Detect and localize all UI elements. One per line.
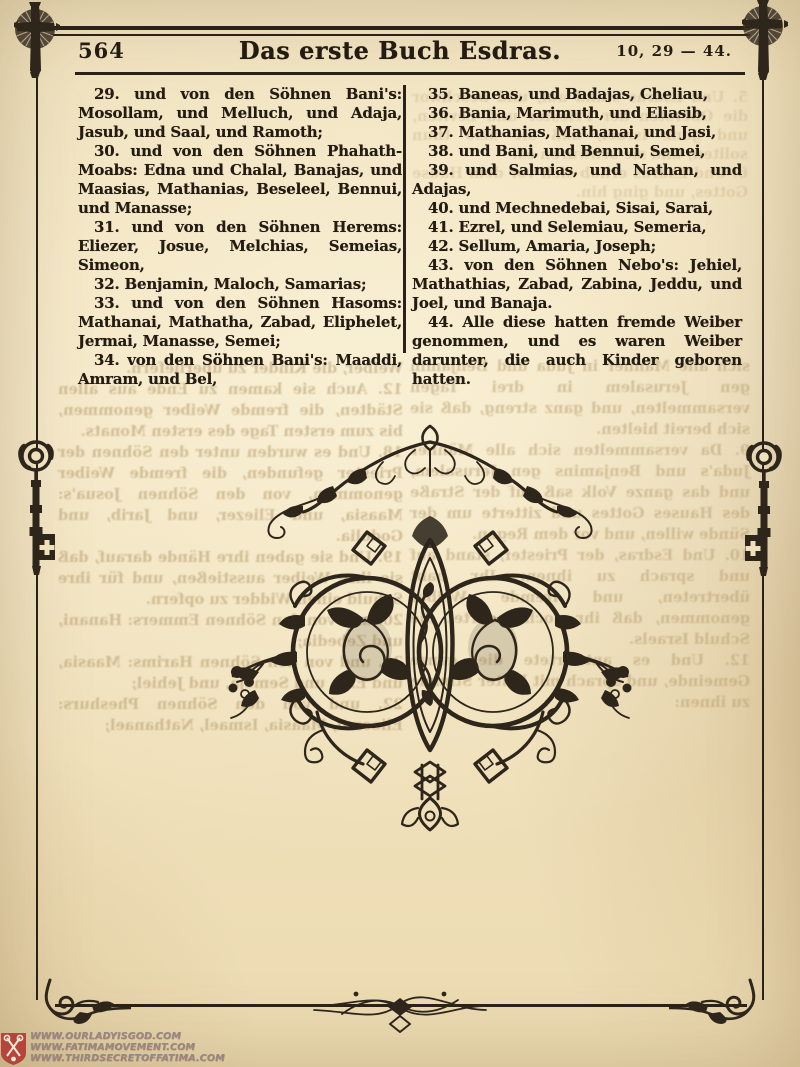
watermark-urls: WWW.OURLADYISGOD.COM WWW.FATIMAMOVEMENT.… [30,1032,225,1064]
verse-text: Baneas, und Badajas, Cheliau, [459,85,708,103]
verse-36: 36. Bania, Marimuth, und Eliasib, [412,104,742,123]
ornate-key-icon [13,430,61,588]
verse-number: 29. [94,85,120,103]
verse-text: Alle diese hatten fremde Weiber genommen… [412,313,742,388]
verse-text: Benjamin, Maloch, Samarias; [125,275,367,293]
corner-scrollwork [36,978,131,1026]
verse-37: 37. Mathanias, Mathanai, und Jasi, [412,123,742,142]
verse-number: 34. [94,351,120,369]
verse-number: 39. [428,161,454,179]
verse-33: 33. und von den Söhnen Hasoms: Mathanai,… [78,294,402,351]
verse-text: und Bani, und Bennui, Semei, [459,142,706,160]
verse-number: 41. [428,218,454,236]
verse-31: 31. und von den Söhnen Herems: Eliezer, … [78,218,402,275]
verse-32: 32. Benjamin, Maloch, Samarias; [78,275,402,294]
verse-text: Mathanias, Mathanai, und Jasi, [459,123,716,141]
crossed-keys-shield-icon [0,1032,27,1066]
ornate-key-icon [739,430,787,590]
column-divider-line [403,85,406,353]
watermark-url-2: WWW.FATIMAMOVEMENT.COM [30,1043,225,1054]
verse-text: Sellum, Amaria, Joseph; [459,237,656,255]
verse-number: 30. [94,142,120,160]
verse-43: 43. von den Söhnen Nebo's: Jehiel, Matha… [412,256,742,313]
verse-42: 42. Sellum, Amaria, Joseph; [412,237,742,256]
verse-35: 35. Baneas, und Badajas, Cheliau, [412,85,742,104]
verse-text: von den Söhnen Nebo's: Jehiel, Mathathia… [412,256,742,312]
cross-sunburst-icon [732,0,794,86]
calligraphic-flourish [312,982,488,1034]
verse-30: 30. und von den Söhnen Phahath-Moabs: Ed… [78,142,402,218]
header-underline [75,72,745,75]
verse-39: 39. und Salmias, und Nathan, und Adajas, [412,161,742,199]
verse-text: und von den Söhnen Hasoms: Mathanai, Mat… [78,294,402,350]
verse-38: 38. und Bani, und Bennui, Semei, [412,142,742,161]
top-rule-thick [50,26,750,30]
verse-number: 37. [428,123,454,141]
verse-text: Bania, Marimuth, und Eliasib, [459,104,707,122]
verse-number: 38. [428,142,454,160]
verse-40: 40. und Mechnedebai, Sisai, Sarai, [412,199,742,218]
verse-text: Ezrel, und Selemiau, Semeria, [459,218,707,236]
verse-text: und Mechnedebai, Sisai, Sarai, [459,199,713,217]
cross-sunburst-icon [6,2,68,88]
right-text-column: 35. Baneas, und Badajas, Cheliau, 36. Ba… [412,85,742,389]
left-text-column: 29. und von den Söhnen Bani's: Mosollam,… [78,85,402,389]
verse-number: 32. [94,275,120,293]
verse-number: 43. [428,256,454,274]
verse-number: 44. [428,313,454,331]
verse-number: 40. [428,199,454,217]
verse-text: und von den Söhnen Bani's: Mosollam, und… [78,85,402,141]
verse-text: und von den Söhnen Herems: Eliezer, Josu… [78,218,402,274]
verse-44: 44. Alle diese hatten fremde Weiber geno… [412,313,742,389]
watermark-url-3: WWW.THIRDSECRETOFFATIMA.COM [30,1054,225,1065]
verse-number: 33. [94,294,120,312]
verse-text: und Salmias, und Nathan, und Adajas, [412,161,742,198]
verse-41: 41. Ezrel, und Selemiau, Semeria, [412,218,742,237]
verse-text: von den Söhnen Bani's: Maaddi, Amram, un… [78,351,402,388]
verse-29: 29. und von den Söhnen Bani's: Mosollam,… [78,85,402,142]
verse-number: 35. [428,85,454,103]
verse-number: 31. [94,218,120,236]
verse-number: 42. [428,237,454,255]
corner-scrollwork [669,978,764,1026]
watermark: WWW.OURLADYISGOD.COM WWW.FATIMAMOVEMENT.… [0,1032,225,1066]
verse-range: 10, 29 — 44. [616,42,732,60]
floral-engraving-ornament [215,420,645,832]
verse-text: und von den Söhnen Phahath-Moabs: Edna u… [78,142,402,217]
verse-34: 34. von den Söhnen Bani's: Maaddi, Amram… [78,351,402,389]
book-page-scan: 564 Das erste Buch Esdras. 10, 29 — 44. … [0,0,800,1067]
verse-number: 36. [428,104,454,122]
